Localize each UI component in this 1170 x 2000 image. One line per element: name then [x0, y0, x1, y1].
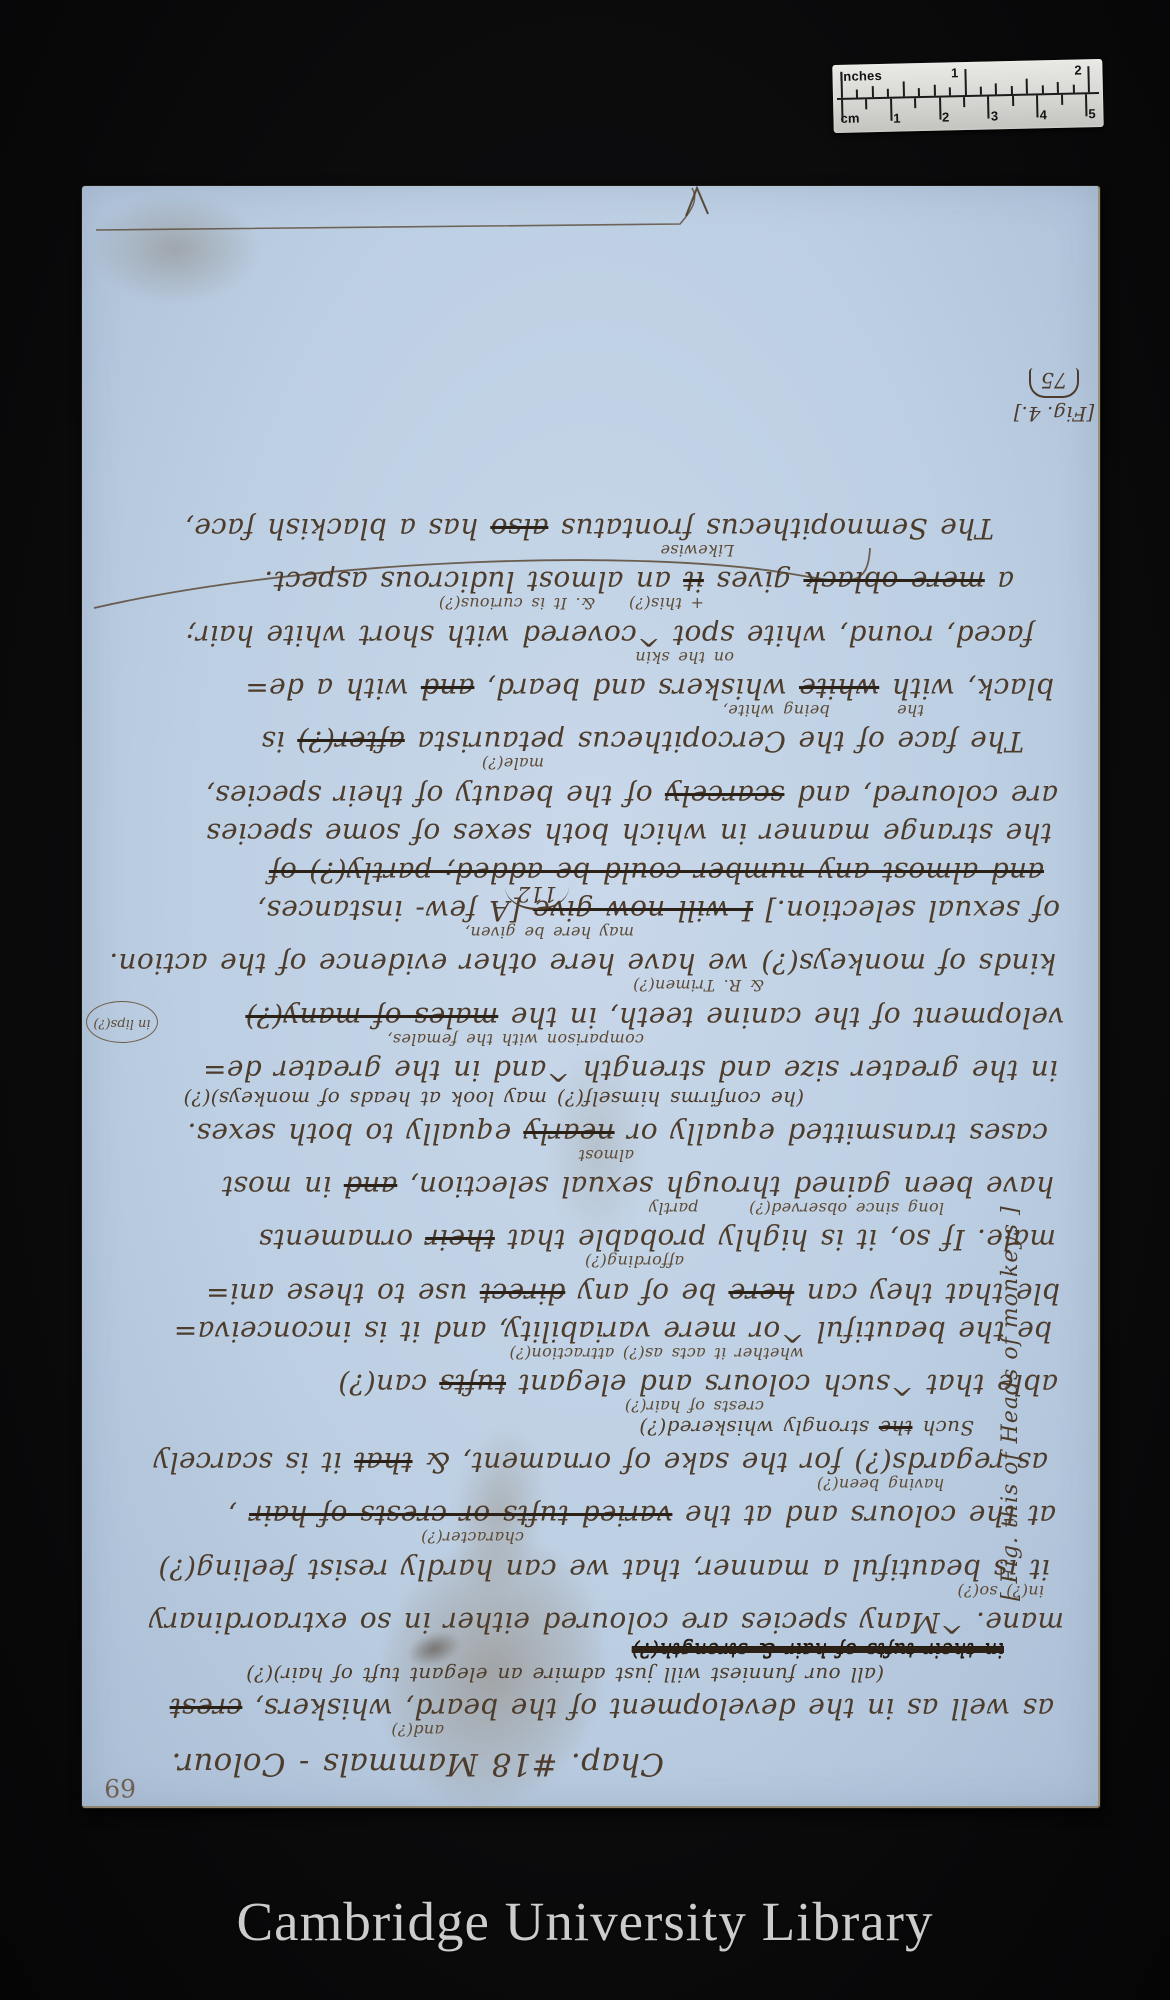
- manuscript-line: long since observed(?) partlyhave been g…: [116, 1172, 1064, 1216]
- manuscript-line: + this(?) &. It is curious(?)a mere obla…: [116, 567, 1064, 611]
- manuscript-line-text: Chap. #18 Mammals - Colour.: [116, 1747, 664, 1780]
- manuscript-line: are coloured, and scarcely of the beauty…: [116, 780, 1064, 809]
- manuscript-line: the being white,black, with white whiske…: [116, 674, 1064, 718]
- ruler-inches-label: Inches: [839, 68, 882, 84]
- manuscript-line: LikewiseThe Semnopithecus frontatus also…: [116, 513, 1064, 557]
- manuscript-line: ble that they can here be of any direct …: [116, 1278, 1064, 1307]
- manuscript-line: male(?)The face of the Cercopithecus pet…: [116, 727, 1064, 771]
- cm-number: 5: [1088, 106, 1096, 121]
- manuscript-line-text: are coloured, and scarcely of the beauty…: [116, 780, 1058, 809]
- struck-text: and almost any number could be added; pa…: [269, 856, 1044, 889]
- manuscript-line-text: at the colours and at the varied tufts o…: [116, 1501, 1056, 1530]
- cm-tick: [1036, 95, 1038, 117]
- manuscript-line: the strange manner in which both sexes o…: [116, 819, 1064, 848]
- struck-text: I will now give: [533, 894, 753, 927]
- manuscript-line: in their tufts of hair & strength(?): [116, 1641, 1064, 1661]
- manuscript-line-text: in the greater size and strength ^and in…: [116, 1056, 1058, 1085]
- cm-number: 2: [942, 109, 950, 124]
- inch-tick: [918, 88, 920, 96]
- manuscript-line-text: and almost any number could be added; pa…: [116, 857, 1044, 886]
- manuscript-line-text: black, with white whiskers and beard, an…: [116, 674, 1054, 703]
- struck-text: it: [683, 565, 704, 598]
- manuscript-line-text: velopment of the canine teeth, in the ma…: [116, 1002, 1064, 1031]
- inch-tick: [964, 69, 967, 95]
- manuscript-line: having been(?)as regards(?) for the sake…: [116, 1448, 1064, 1492]
- manuscript-line-text: mane. ^Many species are coloured either …: [116, 1608, 1064, 1637]
- cm-number: 3: [991, 108, 999, 123]
- library-watermark: Cambridge University Library: [0, 1890, 1170, 1953]
- cm-tick: [1012, 96, 1014, 106]
- struck-text: in their tufts of hair & strength(?): [632, 1639, 1004, 1663]
- inch-number: 1: [951, 65, 959, 80]
- cm-tick: [963, 97, 965, 107]
- manuscript-line-text: the strange manner in which both sexes o…: [116, 819, 1052, 848]
- inch-tick: [980, 87, 982, 95]
- measuring-scale-ruler: Inches cm 1212345: [832, 59, 1103, 133]
- manuscript-line: almostcases transmitted equally or nearl…: [116, 1118, 1064, 1162]
- manuscript-line-text: in their tufts of hair & strength(?): [116, 1641, 1004, 1661]
- manuscript-line: in the greater size and strength ^and in…: [116, 1056, 1064, 1085]
- manuscript-line-text: it is beautiful a manner, that we can ha…: [116, 1554, 1050, 1583]
- manuscript-line-text: have been gained through sexual selectio…: [116, 1172, 1054, 1201]
- cm-tick: [1061, 95, 1063, 105]
- manuscript-line-text: of sexual selection.] I will now give [A…: [116, 896, 1060, 925]
- inch-tick: [1087, 66, 1090, 92]
- manuscript-line: comparison with the females,velopment of…: [116, 1002, 1064, 1046]
- manuscript-line: and(?)as well as in the development of t…: [116, 1694, 1064, 1738]
- count-mark: 112: [505, 864, 569, 910]
- manuscript-line-text: (all our funniest will just admire an el…: [116, 1665, 884, 1685]
- struck-text: crest: [170, 1692, 243, 1725]
- struck-text: varied tufts or crests of hair: [249, 1499, 672, 1532]
- cm-tick: [939, 98, 941, 120]
- struck-text: and: [344, 1170, 398, 1203]
- struck-text: mere oblack: [803, 565, 984, 598]
- inch-tick: [902, 81, 904, 96]
- inch-tick: [1011, 86, 1013, 94]
- manuscript-line-text: The Semnopithecus frontatus also has a b…: [116, 513, 994, 542]
- struck-text: nearly: [523, 1117, 614, 1150]
- cm-tick: [890, 99, 892, 121]
- cm-tick: [841, 100, 843, 122]
- manuscript-text-block: Chap. #18 Mammals - Colour.and(?)as well…: [116, 210, 1064, 1780]
- struck-text: that: [354, 1446, 412, 1479]
- inch-tick: [995, 83, 997, 94]
- manuscript-line-text: male. If so, it is highly probable that …: [116, 1225, 1056, 1254]
- figure-label: [Fig. 4.]: [1010, 402, 1098, 426]
- manuscript-line: whether it acts as(?) attraction(?)be th…: [116, 1317, 1064, 1361]
- inch-tick: [872, 86, 874, 97]
- inch-tick: [933, 85, 935, 96]
- manuscript-line: may here be given,of sexual selection.] …: [116, 896, 1064, 940]
- manuscript-page: Chap. #18 Mammals - Colour.and(?)as well…: [82, 186, 1100, 1808]
- manuscript-line: affording(?)male. If so, it is highly pr…: [116, 1225, 1064, 1269]
- struck-text: after(?): [297, 725, 405, 758]
- struck-text: and: [421, 672, 475, 705]
- inch-number: 2: [1074, 62, 1082, 77]
- struck-text: males of many(?): [245, 1001, 498, 1034]
- folio-number: 69: [88, 1764, 136, 1802]
- manuscript-line-text: The face of the Cercopithecus petaurista…: [116, 727, 1024, 756]
- cm-number: 1: [893, 111, 901, 126]
- manuscript-line-text: as well as in the development of the bea…: [116, 1694, 1054, 1723]
- manuscript-line-text: Such the strongly whiskered(?): [116, 1419, 974, 1439]
- inch-tick: [1026, 79, 1028, 94]
- cm-number: 4: [1039, 107, 1047, 122]
- manuscript-line: Chap. #18 Mammals - Colour.: [116, 1747, 1064, 1780]
- manuscript-line-text: kinds of monkeys(?) we have here other e…: [116, 949, 1056, 978]
- manuscript-line: in(?) so(?)it is beautiful a manner, tha…: [116, 1554, 1064, 1598]
- manuscript-line: character(?)at the colours and at the va…: [116, 1501, 1064, 1545]
- inch-tick: [1072, 85, 1074, 93]
- manuscript-line: mane. ^Many species are coloured either …: [116, 1608, 1064, 1637]
- manuscript-line-text: a mere oblack gives it an almost ludicro…: [116, 567, 1014, 596]
- struck-text: the: [879, 1417, 913, 1441]
- heads-of-monkeys-margin-note: [ Fig. this of Heads of monkeys ]: [998, 1131, 1072, 1601]
- struck-text: scarcely: [665, 779, 785, 812]
- cm-tick: [914, 98, 916, 108]
- inch-tick: [1041, 85, 1043, 93]
- manuscript-line-text: (he confirms himself(?) may look at head…: [116, 1089, 804, 1109]
- manuscript-line: & R. Trimen(?)kinds of monkeys(?) we hav…: [116, 949, 1064, 993]
- struck-text: tufts: [439, 1369, 506, 1402]
- manuscript-line-text: able that ^such colours and elegant tuft…: [116, 1370, 1058, 1399]
- cm-tick: [1085, 94, 1087, 116]
- manuscript-line-text: be the beautiful ^or mere variability, a…: [116, 1317, 1052, 1346]
- manuscript-line: (all our funniest will just admire an el…: [116, 1665, 1064, 1685]
- struck-text: direct: [480, 1277, 566, 1310]
- cm-tick: [987, 97, 989, 119]
- circled-margin-note: in lips(?): [86, 1001, 158, 1043]
- struck-text: their: [425, 1223, 495, 1256]
- figure-number: 75: [1029, 368, 1080, 398]
- manuscript-line: on the skinfaced, round, white spot ^cov…: [116, 620, 1064, 664]
- figure-reference-note: [Fig. 4.] 75: [1010, 306, 1098, 426]
- struck-text: here: [728, 1277, 794, 1310]
- inch-tick: [1057, 82, 1059, 93]
- inch-tick: [887, 89, 889, 97]
- manuscript-line: crests of hair(?)able that ^such colours…: [116, 1370, 1064, 1414]
- inch-tick: [949, 87, 951, 95]
- manuscript-line-text: faced, round, white spot ^covered with s…: [116, 620, 1034, 649]
- manuscript-line: and almost any number could be added; pa…: [116, 857, 1064, 886]
- ruler-tick-marks: 1212345: [832, 59, 1102, 65]
- manuscript-line: Such the strongly whiskered(?): [116, 1419, 1064, 1439]
- inch-tick: [856, 89, 858, 97]
- cm-tick: [865, 99, 867, 109]
- manuscript-line-text: as regards(?) for the sake of ornament, …: [116, 1448, 1048, 1477]
- struck-text: also: [490, 512, 548, 545]
- manuscript-line: (he confirms himself(?) may look at head…: [116, 1089, 1064, 1109]
- photograph-background: Inches cm 1212345 Chap. #18 Mammals - Co…: [0, 0, 1170, 2000]
- manuscript-line-text: ble that they can here be of any direct …: [116, 1278, 1060, 1307]
- struck-text: white: [799, 672, 879, 705]
- manuscript-line-text: cases transmitted equally or nearly equa…: [116, 1118, 1048, 1147]
